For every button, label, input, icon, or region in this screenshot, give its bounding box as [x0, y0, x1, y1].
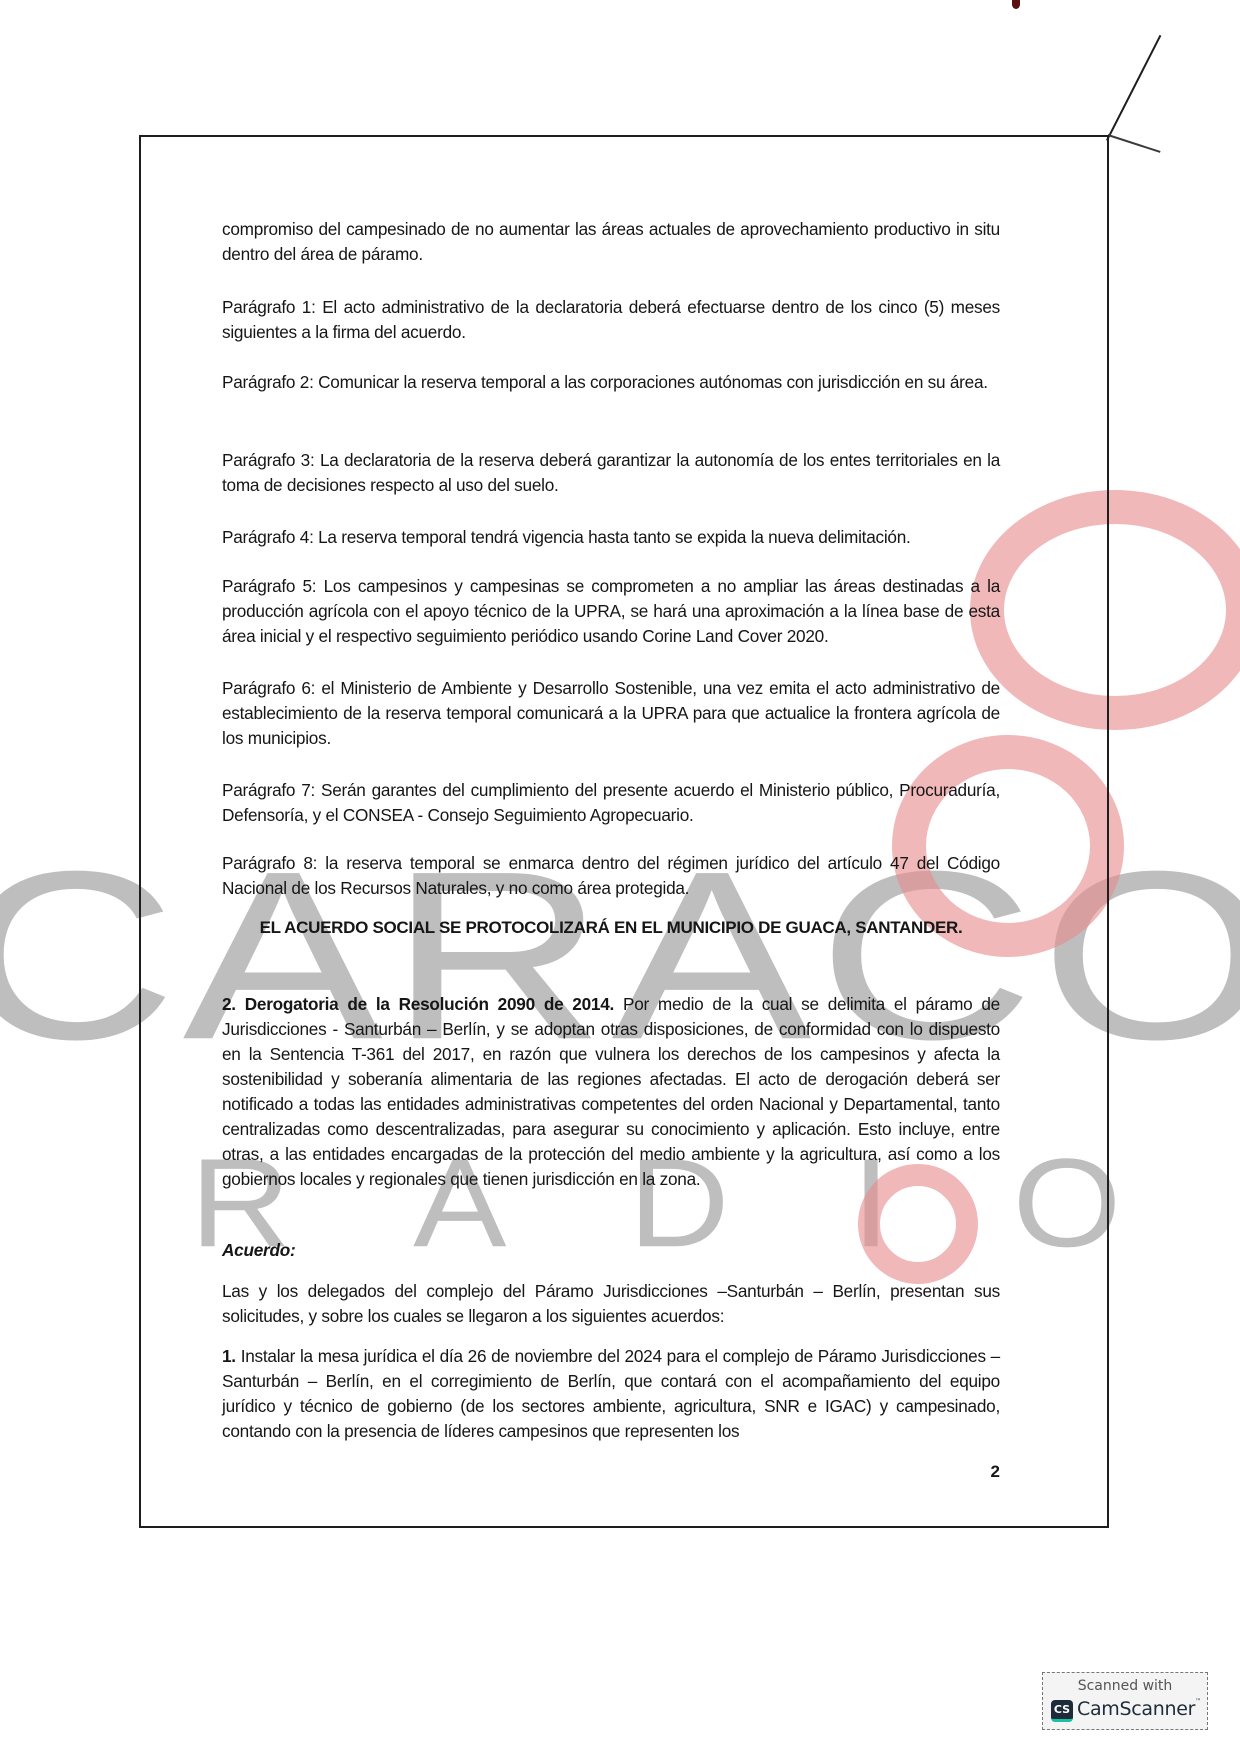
paragrafo-3: Parágrafo 3: La declaratoria de la reser…	[222, 448, 1000, 498]
camscanner-badge: Scanned with CS CamScanner™	[1042, 1672, 1208, 1730]
paragrafo-1: Parágrafo 1: El acto administrativo de l…	[222, 295, 1000, 345]
protocolization-heading: EL ACUERDO SOCIAL SE PROTOCOLIZARÁ EN EL…	[222, 915, 1000, 940]
paragrafo-label: Parágrafo 6:	[222, 678, 315, 698]
paragrafo-label: Parágrafo 1:	[222, 297, 316, 317]
paragrafo-5: Parágrafo 5: Los campesinos y campesinas…	[222, 574, 1000, 649]
paragrafo-text: La declaratoria de la reserva deberá gar…	[222, 450, 1000, 495]
paragrafo-label: Parágrafo 5:	[222, 576, 316, 596]
acuerdo-label: Acuerdo:	[222, 1238, 1000, 1263]
paragrafo-4: Parágrafo 4: La reserva temporal tendrá …	[222, 525, 1000, 550]
paragrafo-7: Parágrafo 7: Serán garantes del cumplimi…	[222, 778, 1000, 828]
item-2-text: Por medio de la cual se delimita el pára…	[222, 994, 1000, 1189]
pen-stroke	[1108, 134, 1161, 152]
page-number: 2	[980, 1462, 1000, 1482]
acuerdo-item-number: 1.	[222, 1346, 236, 1366]
paragrafo-6: Parágrafo 6: el Ministerio de Ambiente y…	[222, 676, 1000, 751]
acuerdo-item-1: 1. Instalar la mesa jurídica el día 26 d…	[222, 1344, 1000, 1444]
paragrafo-8: Parágrafo 8: la reserva temporal se enma…	[222, 851, 1000, 901]
paragrafo-label: Parágrafo 8:	[222, 853, 317, 873]
camscanner-logo-icon: CS	[1051, 1700, 1073, 1722]
item-2-title: 2. Derogatoria de la Resolución 2090 de …	[222, 994, 614, 1014]
item-2-derogatoria: 2. Derogatoria de la Resolución 2090 de …	[222, 992, 1000, 1192]
brand-name: CamScanner	[1077, 1698, 1195, 1720]
paragrafo-text: el Ministerio de Ambiente y Desarrollo S…	[222, 678, 1000, 748]
opening-text: compromiso del campesinado de no aumenta…	[222, 219, 1000, 264]
ink-mark	[1012, 0, 1020, 9]
acuerdo-intro: Las y los delegados del complejo del Pár…	[222, 1279, 1000, 1329]
scanned-with-label: Scanned with	[1043, 1678, 1207, 1694]
acuerdo-item-text: Instalar la mesa jurídica el día 26 de n…	[222, 1346, 1000, 1441]
paragrafo-text: Serán garantes del cumplimiento del pres…	[222, 780, 1000, 825]
trademark-mark: ™	[1195, 1698, 1201, 1705]
paragrafo-label: Parágrafo 4:	[222, 527, 314, 547]
paragrafo-text: Los campesinos y campesinas se compromet…	[222, 576, 1000, 646]
pen-stroke	[1106, 35, 1161, 141]
paragrafo-text: La reserva temporal tendrá vigencia hast…	[318, 527, 910, 547]
acuerdo-intro-text: Las y los delegados del complejo del Pár…	[222, 1281, 1000, 1326]
paragrafo-text: El acto administrativo de la declaratori…	[222, 297, 1000, 342]
camscanner-brand: CamScanner™	[1077, 1698, 1201, 1720]
paragrafo-label: Parágrafo 7:	[222, 780, 315, 800]
paragrafo-label: Parágrafo 3:	[222, 450, 315, 470]
opening-paragraph: compromiso del campesinado de no aumenta…	[222, 217, 1000, 267]
paragrafo-text: la reserva temporal se enmarca dentro de…	[222, 853, 1000, 898]
paragrafo-2: Parágrafo 2: Comunicar la reserva tempor…	[222, 370, 1000, 395]
paragrafo-label: Parágrafo 2:	[222, 372, 314, 392]
paragrafo-text: Comunicar la reserva temporal a las corp…	[318, 372, 988, 392]
